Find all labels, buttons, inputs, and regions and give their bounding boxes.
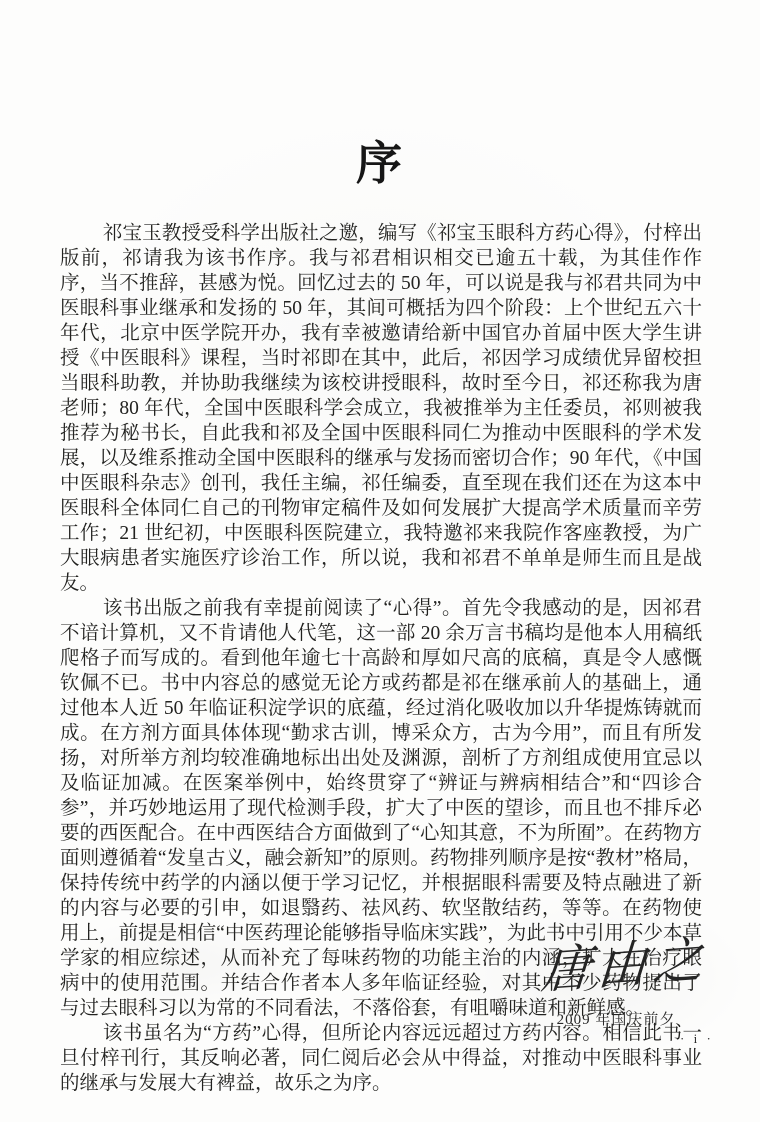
- preface-paragraph-1: 祁宝玉教授受科学出版社之邀，编写《祁宝玉眼科方药心得》，付梓出版前，祁请我为该书…: [60, 221, 702, 596]
- preface-paragraph-3: 该书虽名为“方药”心得，但所论内容远远超过方药内容。相信此书一旦付梓刊行，其反响…: [60, 1021, 702, 1096]
- signature-block: 唐由之: [530, 935, 720, 995]
- signature-date: 2009 年国庆前夕: [556, 1008, 676, 1029]
- signature-handwriting: 唐由之: [539, 929, 711, 1001]
- page-number: · i ·: [680, 1031, 714, 1047]
- page-title: 序: [0, 138, 760, 190]
- scanned-preface-page: 序 祁宝玉教授受科学出版社之邀，编写《祁宝玉眼科方药心得》，付梓出版前，祁请我为…: [0, 0, 760, 1122]
